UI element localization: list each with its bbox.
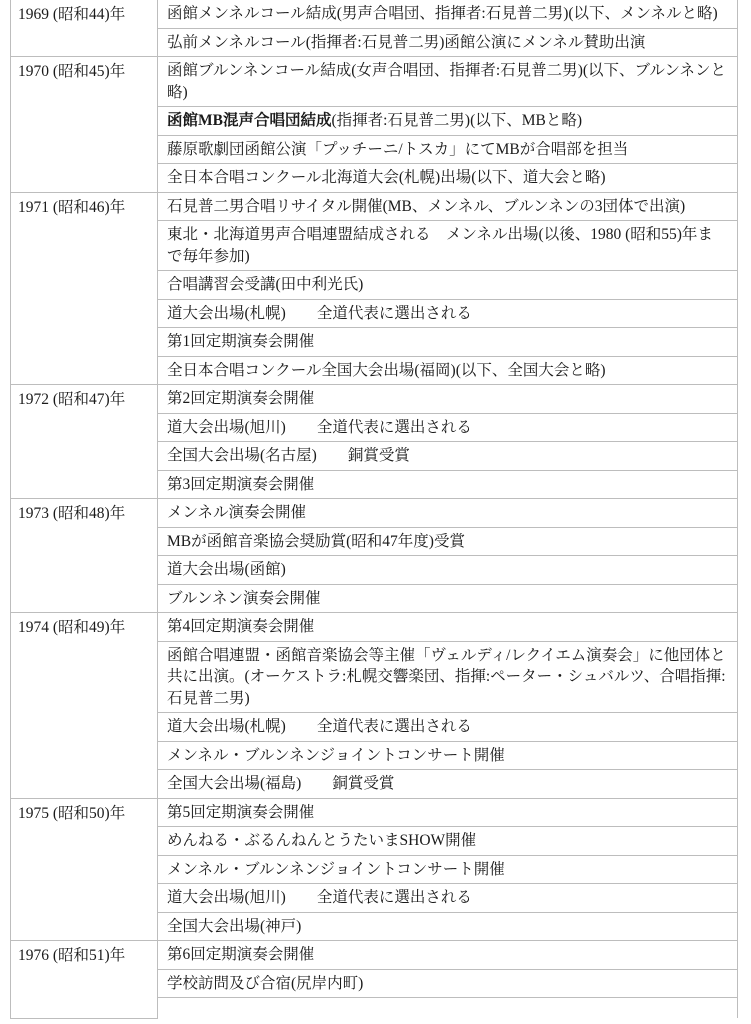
chronology-table: 1969 (昭和44)年 函館メンネルコール結成(男声合唱団、指揮者:石見普二男…: [10, 0, 738, 1019]
event-cell: 第1回定期演奏会開催: [158, 328, 738, 357]
event-cell: 藤原歌劇団函館公演「プッチーニ/トスカ」にてMBが合唱部を担当: [158, 135, 738, 164]
event-cell: 道大会出場(札幌) 全道代表に選出される: [158, 299, 738, 328]
event-cell: 弘前メンネルコール(指揮者:石見普二男)函館公演にメンネル賛助出演: [158, 28, 738, 57]
event-cell: 道大会出場(札幌) 全道代表に選出される: [158, 713, 738, 742]
event-cell: メンネル演奏会開催: [158, 499, 738, 528]
event-cell: MBが函館音楽協会奨励賞(昭和47年度)受賞: [158, 527, 738, 556]
year-cell: 1974 (昭和49)年: [11, 613, 158, 799]
event-cell: 全日本合唱コンクール全国大会出場(福岡)(以下、全国大会と略): [158, 356, 738, 385]
event-cell: 全国大会出場(福島) 銅賞受賞: [158, 770, 738, 799]
event-cell: 函館合唱連盟・函館音楽協会等主催「ヴェルディ/レクイエム演奏会」に他団体と共に出…: [158, 641, 738, 713]
event-cell: 函館ブルンネンコール結成(女声合唱団、指揮者:石見普二男)(以下、ブルンネンと略…: [158, 57, 738, 107]
year-cell: 1972 (昭和47)年: [11, 385, 158, 499]
event-cell: めんねる・ぶるんねんとうたいまSHOW開催: [158, 827, 738, 856]
event-cell: 第2回定期演奏会開催: [158, 385, 738, 414]
event-cell: 石見普二男合唱リサイタル開催(MB、メンネル、ブルンネンの3団体で出演): [158, 192, 738, 221]
event-cell: 道大会出場(函館): [158, 556, 738, 585]
event-cell: ブルンネン演奏会開催: [158, 584, 738, 613]
event-bold-text: 函館MB混声合唱団結成: [167, 112, 331, 129]
event-cell: 全国大会出場(神戸): [158, 912, 738, 941]
event-cell: 第3回定期演奏会開催: [158, 470, 738, 499]
event-cell: 道大会出場(旭川) 全道代表に選出される: [158, 884, 738, 913]
year-cell: 1976 (昭和51)年: [11, 941, 158, 1019]
year-cell: 1971 (昭和46)年: [11, 192, 158, 385]
event-cell: 第4回定期演奏会開催: [158, 613, 738, 642]
event-text: (指揮者:石見普二男)(以下、MBと略): [331, 112, 582, 129]
event-cell: メンネル・ブルンネンジョイントコンサート開催: [158, 855, 738, 884]
page: 1969 (昭和44)年 函館メンネルコール結成(男声合唱団、指揮者:石見普二男…: [0, 0, 751, 1024]
event-cell: 東北・北海道男声合唱連盟結成される メンネル出場(以後、1980 (昭和55)年…: [158, 221, 738, 271]
event-cell: メンネル・ブルンネンジョイントコンサート開催: [158, 741, 738, 770]
event-cell: 全国大会出場(名古屋) 銅賞受賞: [158, 442, 738, 471]
event-cell: 函館メンネルコール結成(男声合唱団、指揮者:石見普二男)(以下、メンネルと略): [158, 0, 738, 28]
event-cell: 道大会出場(旭川) 全道代表に選出される: [158, 413, 738, 442]
year-cell: 1969 (昭和44)年: [11, 0, 158, 57]
event-cell: 函館MB混声合唱団結成(指揮者:石見普二男)(以下、MBと略): [158, 107, 738, 136]
year-cell: 1975 (昭和50)年: [11, 798, 158, 941]
event-cell: 全日本合唱コンクール北海道大会(札幌)出場(以下、道大会と略): [158, 164, 738, 193]
event-cell: 第5回定期演奏会開催: [158, 798, 738, 827]
event-cell-cutoff: [158, 998, 738, 1019]
event-cell: 第6回定期演奏会開催: [158, 941, 738, 970]
year-cell: 1973 (昭和48)年: [11, 499, 158, 613]
event-cell: 合唱講習会受講(田中利光氏): [158, 271, 738, 300]
event-cell: 学校訪問及び合宿(尻岸内町): [158, 969, 738, 998]
year-cell: 1970 (昭和45)年: [11, 57, 158, 193]
